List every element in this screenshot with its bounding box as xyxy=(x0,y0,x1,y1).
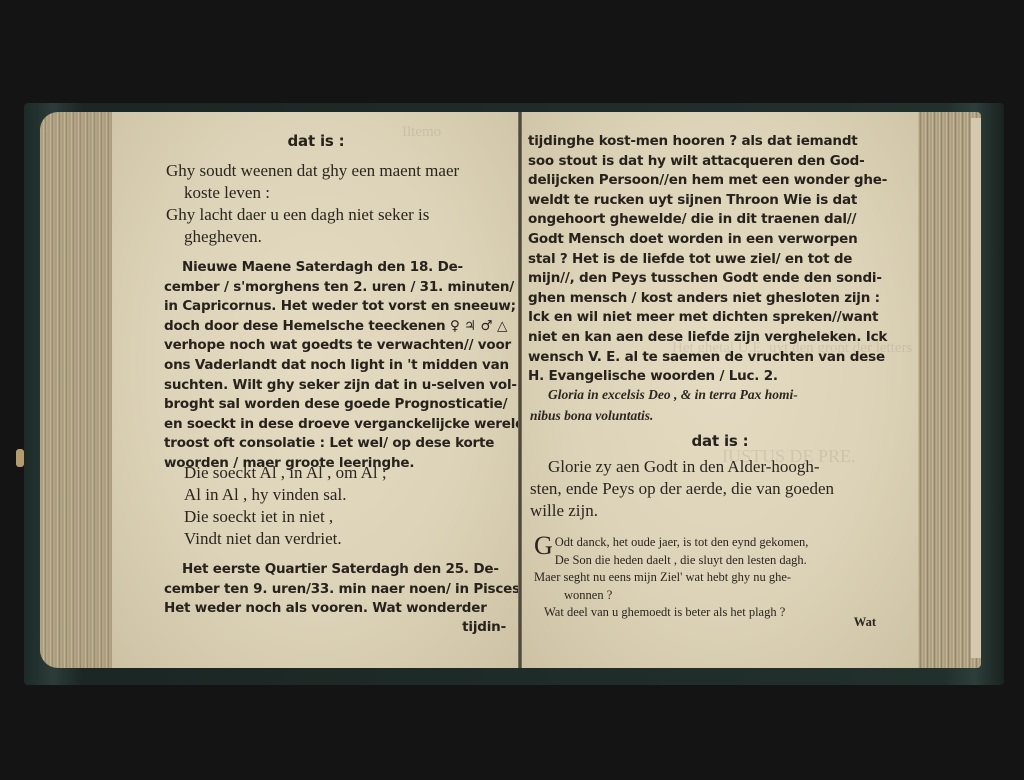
text-line: cember ten 9. uren/33. min naer noen/ in… xyxy=(164,580,525,600)
left-page-edges xyxy=(40,112,120,668)
right-heading: dat is : xyxy=(522,432,918,452)
text-line: ghen mensch / kost anders niet ghesloten… xyxy=(528,289,887,309)
text-line: doch door dese Hemelsche teeckenen ♀ ♃ ♂… xyxy=(164,317,531,337)
verse-line: Vindt niet dan verdriet. xyxy=(184,528,387,550)
bookmark-tab xyxy=(16,449,24,467)
verse-line: koste leven : xyxy=(166,182,459,204)
poem-line: Maer seght nu eens mijn Ziel' wat hebt g… xyxy=(534,569,894,587)
text-line: nibus bona voluntatis. xyxy=(530,405,798,426)
left-paragraph-new-moon: Nieuwe Maene Saterdagh den 18. De- cembe… xyxy=(164,258,531,474)
text-line: verhope noch wat goedts te verwachten// … xyxy=(164,336,531,356)
text-line: delijcken Persoon//en hem met een wonder… xyxy=(528,171,887,191)
text-line: weldt te rucken uyt sijnen Throon Wie is… xyxy=(528,191,887,211)
new-year-poem: G Odt danck, het oude jaer, is tot den e… xyxy=(534,534,894,622)
text-line: en soeckt in dese droeve verganckelijcke… xyxy=(164,415,531,435)
text-line: Het weder noch als vooren. Wat wonderder xyxy=(164,599,525,619)
text-line: Glorie zy aen Godt in den Alder-hoogh- xyxy=(530,456,834,478)
text-line: Godt Mensch doet worden in een verworpen xyxy=(528,230,887,250)
text-line: ongehoort ghewelde/ die in dit traenen d… xyxy=(528,210,887,230)
text-line: soo stout is dat hy wilt attacqueren den… xyxy=(528,152,887,172)
text-line: troost oft consolatie : Let wel/ op dese… xyxy=(164,434,531,454)
text-line: wille zijn. xyxy=(530,500,834,522)
text-line: ons Vaderlandt dat noch light in 't midd… xyxy=(164,356,531,376)
left-verse-2: Die soeckt Al , in Al , om Al ; Al in Al… xyxy=(184,462,387,550)
verse-line: ghegheven. xyxy=(166,226,459,248)
right-catchword: Wat xyxy=(854,614,876,632)
left-heading: dat is : xyxy=(112,132,520,152)
verse-line: Die soeckt Al , in Al , om Al ; xyxy=(184,462,387,484)
text-line: Het eerste Quartier Saterdagh den 25. De… xyxy=(164,560,525,580)
poem-line: wonnen ? xyxy=(534,587,894,605)
dutch-translation: Glorie zy aen Godt in den Alder-hoogh- s… xyxy=(530,456,834,522)
text-line: wensch V. E. al te saemen de vruchten va… xyxy=(528,348,887,368)
verse-line: Die soeckt iet in niet , xyxy=(184,506,387,528)
text-line: mijn//, den Peys tusschen Godt ende den … xyxy=(528,269,887,289)
left-verse-1: Ghy soudt weenen dat ghy een maent maer … xyxy=(166,160,459,248)
right-paragraph: tijdinghe kost-men hooren ? als dat iema… xyxy=(528,132,887,387)
text-line: Nieuwe Maene Saterdagh den 18. De- xyxy=(164,258,531,278)
drop-cap: G xyxy=(534,534,553,558)
poem-line: Odt danck, het oude jaer, is tot den eyn… xyxy=(534,534,894,552)
left-catchword: tijdin- xyxy=(462,618,506,638)
left-page: Iltemo dat is : Ghy soudt weenen dat ghy… xyxy=(112,112,520,668)
text-line: suchten. Wilt ghy seker zijn dat in u-se… xyxy=(164,376,531,396)
verse-line: Ghy lacht daer u een dagh niet seker is xyxy=(166,204,459,226)
right-page: Het ghetal U.E. uyt den gront der letter… xyxy=(522,112,918,668)
text-line: stal ? Het is de liefde tot uwe ziel/ en… xyxy=(528,250,887,270)
text-line: tijdinghe kost-men hooren ? als dat iema… xyxy=(528,132,887,152)
right-page-edges xyxy=(915,112,981,668)
text-line: niet en kan aen dese liefde zijn verghel… xyxy=(528,328,887,348)
latin-quote: Gloria in excelsis Deo , & in terra Pax … xyxy=(530,384,798,426)
text-line: cember / s'morghens ten 2. uren / 31. mi… xyxy=(164,278,531,298)
text-line: Gloria in excelsis Deo , & in terra Pax … xyxy=(530,384,798,405)
poem-line: Wat deel van u ghemoedt is beter als het… xyxy=(534,604,894,622)
text-line: Ick en wil niet meer met dichten spreken… xyxy=(528,308,887,328)
text-line: sten, ende Peys op der aerde, die van go… xyxy=(530,478,834,500)
text-line: in Capricornus. Het weder tot vorst en s… xyxy=(164,297,531,317)
left-paragraph-first-quarter: Het eerste Quartier Saterdagh den 25. De… xyxy=(164,560,525,619)
text-line: broght sal worden dese goede Prognostica… xyxy=(164,395,531,415)
verse-line: Al in Al , hy vinden sal. xyxy=(184,484,387,506)
poem-line: De Son die heden daelt , die sluyt den l… xyxy=(534,552,894,570)
verse-line: Ghy soudt weenen dat ghy een maent maer xyxy=(166,160,459,182)
